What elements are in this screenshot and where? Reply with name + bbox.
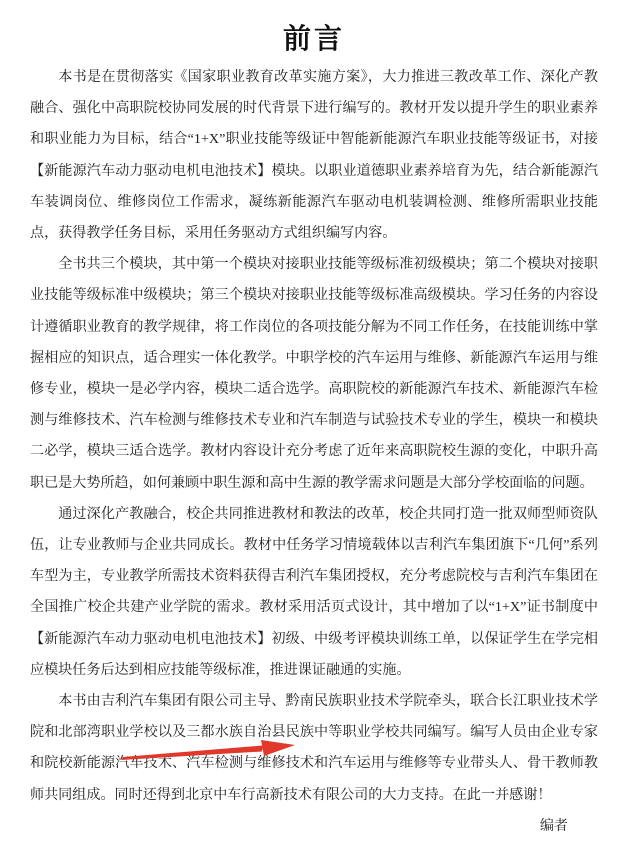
- document-body: 本书是在贯彻落实《国家职业教育改革实施方案》，大力推进三教改革工作、深化产教融合…: [0, 62, 628, 842]
- document-page: 前言 本书是在贯彻落实《国家职业教育改革实施方案》，大力推进三教改革工作、深化产…: [0, 0, 628, 846]
- body-paragraph-3: 通过深化产教融合，校企共同推进教材和教法的改革，校企共同打造一批双师型师资队伍，…: [30, 499, 598, 686]
- author-signature: 编者: [30, 811, 598, 842]
- page-title: 前言: [0, 0, 628, 56]
- body-paragraph-4: 本书由吉利汽车集团有限公司主导、黔南民族职业技术学院牵头，联合长江职业技术学院和…: [30, 686, 598, 811]
- body-paragraph-1: 本书是在贯彻落实《国家职业教育改革实施方案》，大力推进三教改革工作、深化产教融合…: [30, 62, 598, 249]
- body-paragraph-2: 全书共三个模块，其中第一个模块对接职业技能等级标准初级模块；第二个模块对接职业技…: [30, 249, 598, 499]
